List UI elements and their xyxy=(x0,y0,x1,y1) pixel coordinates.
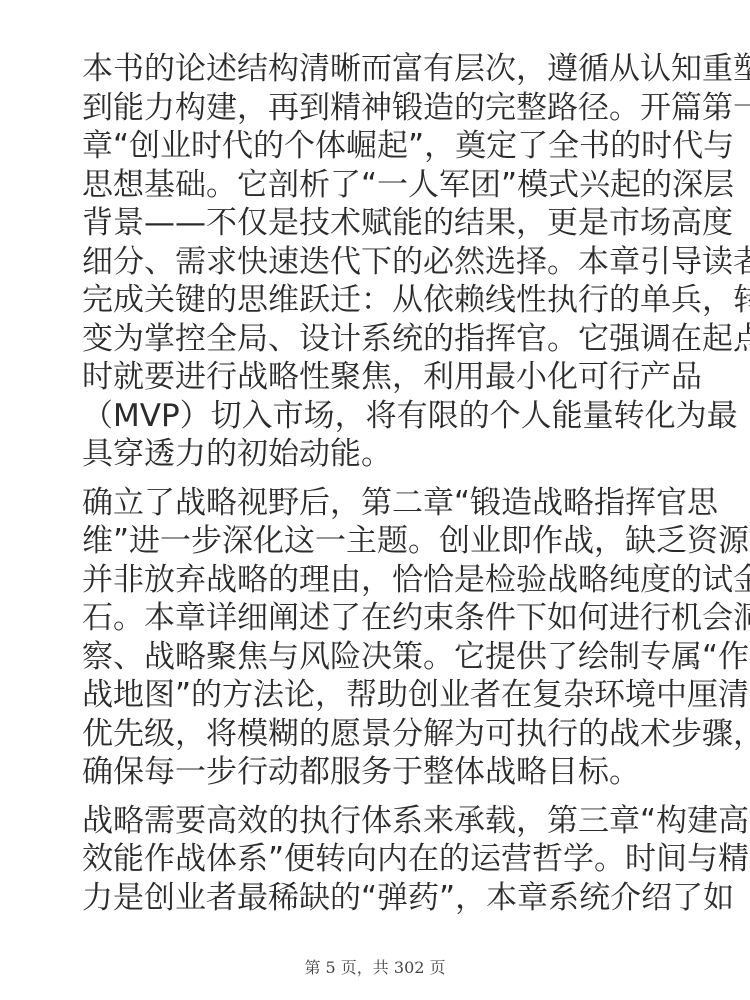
document-page: 本书的论述结构清晰而富有层次，遵循从认知重塑到能力构建，再到精神锻造的完整路径。… xyxy=(82,50,668,927)
text-line: 察、战略聚焦与风险决策。它提供了绘制专属“作 xyxy=(82,638,668,677)
text-line: 章“创业时代的个体崛起”，奠定了全书的时代与 xyxy=(82,127,668,166)
text-line: 战略需要高效的执行体系来承载，第三章“构建高 xyxy=(82,802,668,841)
page-indicator: 第 5 页，共 302 页 xyxy=(0,955,750,978)
paragraph-3: 战略需要高效的执行体系来承载，第三章“构建高效能作战体系”便转向内在的运营哲学。… xyxy=(82,802,668,918)
text-line: 本书的论述结构清晰而富有层次，遵循从认知重塑 xyxy=(82,50,668,89)
paragraph-1: 本书的论述结构清晰而富有层次，遵循从认知重塑到能力构建，再到精神锻造的完整路径。… xyxy=(82,50,668,474)
text-line: 细分、需求快速迭代下的必然选择。本章引导读者 xyxy=(82,243,668,282)
text-line: 时就要进行战略性聚焦，利用最小化可行产品 xyxy=(82,358,668,397)
text-line: 到能力构建，再到精神锻造的完整路径。开篇第一 xyxy=(82,89,668,128)
text-line: 确立了战略视野后，第二章“锻造战略指挥官思 xyxy=(82,484,668,523)
text-line: 力是创业者最稀缺的“弹药”，本章系统介绍了如 xyxy=(82,879,668,918)
text-line: 具穿透力的初始动能。 xyxy=(82,435,668,474)
text-line: 完成关键的思维跃迁：从依赖线性执行的单兵，转 xyxy=(82,281,668,320)
text-line: （MVP）切入市场，将有限的个人能量转化为最 xyxy=(82,397,668,436)
text-line: 石。本章详细阐述了在约束条件下如何进行机会洞 xyxy=(82,599,668,638)
text-line: 确保每一步行动都服务于整体战略目标。 xyxy=(82,753,668,792)
text-line: 并非放弃战略的理由，恰恰是检验战略纯度的试金 xyxy=(82,561,668,600)
text-line: 维”进一步深化这一主题。创业即作战，缺乏资源 xyxy=(82,522,668,561)
paragraph-2: 确立了战略视野后，第二章“锻造战略指挥官思维”进一步深化这一主题。创业即作战，缺… xyxy=(82,484,668,792)
text-line: 变为掌控全局、设计系统的指挥官。它强调在起点 xyxy=(82,320,668,359)
text-line: 战地图”的方法论，帮助创业者在复杂环境中厘清 xyxy=(82,676,668,715)
text-line: 背景——不仅是技术赋能的结果，更是市场高度 xyxy=(82,204,668,243)
text-line: 优先级，将模糊的愿景分解为可执行的战术步骤， xyxy=(82,715,668,754)
text-line: 效能作战体系”便转向内在的运营哲学。时间与精 xyxy=(82,840,668,879)
text-line: 思想基础。它剖析了“一人军团”模式兴起的深层 xyxy=(82,166,668,205)
